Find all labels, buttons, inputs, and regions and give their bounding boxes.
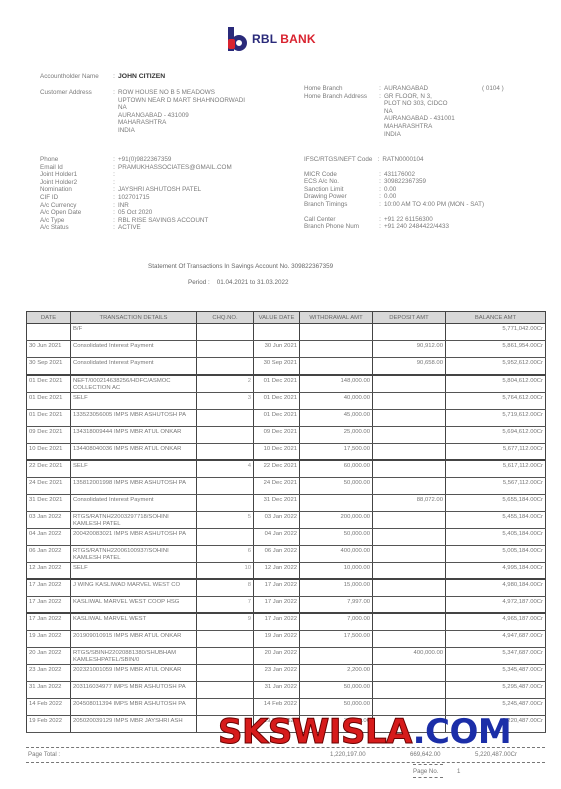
- cell-date: 30 Jun 2021: [27, 341, 71, 358]
- cell-value-date: 01 Dec 2021: [254, 392, 300, 409]
- cell-value-date: 19 Jan 2022: [254, 630, 300, 647]
- table-row: 31 Jan 2022203116034977 IMPS MBR ASHUTOS…: [27, 681, 546, 698]
- cell-deposit: [373, 562, 446, 579]
- table-row: 09 Dec 2021134318009444 IMPS MBR ATUL ON…: [27, 426, 546, 443]
- cell-chq: [197, 426, 254, 443]
- cell-date: 24 Dec 2021: [27, 477, 71, 494]
- cell-date: 09 Dec 2021: [27, 426, 71, 443]
- address-line: INDIA: [118, 127, 245, 135]
- cell-details: 202321001059 IMPS MBR ATUL ONKAR: [71, 664, 197, 681]
- table-row: 01 Dec 2021NEFT/000214638256/HDFC/ASMOC …: [27, 375, 546, 393]
- watermark: SKSWISLA.COM: [218, 712, 511, 752]
- detail-row: A/c Type:RBL RISE SAVINGS ACCOUNT: [40, 217, 232, 225]
- cell-deposit: 400,000.00: [373, 647, 446, 664]
- address-line: PLOT NO 303, CIDCO: [384, 100, 455, 108]
- detail-label: Sanction Limit: [304, 186, 376, 194]
- detail-label: CIF ID: [40, 194, 110, 202]
- cell-date: 12 Jan 2022: [27, 562, 71, 579]
- detail-value: 431176002: [384, 171, 415, 179]
- cell-details: KASLIWAL MARVEL WEST: [71, 613, 197, 630]
- cell-withdrawal: 50,000.00: [300, 681, 373, 698]
- cell-date: 22 Dec 2021: [27, 460, 71, 477]
- detail-label: Call Center: [304, 216, 376, 224]
- cell-chq: [197, 341, 254, 358]
- cell-chq: [197, 528, 254, 545]
- cell-date: 17 Jan 2022: [27, 596, 71, 613]
- detail-label: A/c Type: [40, 217, 110, 225]
- cell-withdrawal: 200,000.00: [300, 511, 373, 528]
- cell-deposit: [373, 375, 446, 393]
- cell-balance: 5,771,042.00Cr: [446, 324, 546, 341]
- detail-row: Branch Phone Num:+91 240 2484422/4433: [304, 223, 484, 231]
- cell-details: Consolidated Interest Payment: [71, 341, 197, 358]
- cell-date: 19 Jan 2022: [27, 630, 71, 647]
- cell-details: 135812001998 IMPS MBR ASHUTOSH PA: [71, 477, 197, 494]
- detail-label: ECS A/c No.: [304, 178, 376, 186]
- cell-withdrawal: 25,000.00: [300, 426, 373, 443]
- cell-details: Consolidated Interest Payment: [71, 494, 197, 511]
- cell-balance: 5,804,612.00Cr: [446, 375, 546, 393]
- cell-chq: 6: [197, 545, 254, 562]
- cell-balance: 5,617,112.00Cr: [446, 460, 546, 477]
- cell-balance: 5,567,112.00Cr: [446, 477, 546, 494]
- column-header: DEPOSIT AMT: [373, 312, 446, 324]
- cell-details: J WING KASLIWAD MARVEL WEST CO: [71, 579, 197, 596]
- cell-details: NEFT/000214638256/HDFC/ASMOC COLLECTION …: [71, 375, 197, 393]
- detail-label: Joint Holder2: [40, 179, 110, 187]
- detail-row: A/c Currency:INR: [40, 202, 232, 210]
- cell-details: 205020039129 IMPS MBR JAYSHRI ASH: [71, 715, 197, 732]
- cell-balance: 5,405,184.00Cr: [446, 528, 546, 545]
- cell-value-date: 06 Jan 2022: [254, 545, 300, 562]
- cell-chq: [197, 630, 254, 647]
- cell-withdrawal: 7,000.00: [300, 613, 373, 630]
- cell-date: 04 Jan 2022: [27, 528, 71, 545]
- table-row: 12 Jan 2022SELF1012 Jan 202210,000.004,9…: [27, 562, 546, 579]
- cell-value-date: 17 Jan 2022: [254, 596, 300, 613]
- cell-chq: 4: [197, 460, 254, 477]
- cell-chq: [197, 443, 254, 460]
- column-header: WITHDRAWAL AMT: [300, 312, 373, 324]
- cell-date: 14 Feb 2022: [27, 698, 71, 715]
- page-number: Page No. 1: [413, 768, 460, 775]
- cell-value-date: 31 Jan 2022: [254, 681, 300, 698]
- cell-withdrawal: 2,200.00: [300, 664, 373, 681]
- cell-withdrawal: [300, 324, 373, 341]
- detail-row: MICR Code:431176002: [304, 171, 484, 179]
- cell-date: 30 Sep 2021: [27, 358, 71, 375]
- table-row: 03 Jan 2022RTGS/RATNH22003297718/SOHINI …: [27, 511, 546, 528]
- cell-deposit: 90,658.00: [373, 358, 446, 375]
- rbl-logo-icon: [228, 27, 248, 51]
- detail-label: Nomination: [40, 186, 110, 194]
- cell-balance: 5,764,612.00Cr: [446, 392, 546, 409]
- cell-date: 20 Jan 2022: [27, 647, 71, 664]
- home-branch-value: AURANGABAD: [384, 85, 482, 93]
- divider: [26, 747, 545, 748]
- cell-value-date: 10 Dec 2021: [254, 443, 300, 460]
- cell-withdrawal: 17,500.00: [300, 443, 373, 460]
- cell-date: 31 Jan 2022: [27, 681, 71, 698]
- detail-label: Joint Holder1: [40, 171, 110, 179]
- column-header: VALUE DATE: [254, 312, 300, 324]
- cell-withdrawal: 40,000.00: [300, 392, 373, 409]
- cell-deposit: [373, 596, 446, 613]
- cell-balance: 4,995,184.00Cr: [446, 562, 546, 579]
- home-branch-block: Home Branch : AURANGABAD ( 0104 ) Home B…: [304, 85, 504, 138]
- cell-chq: [197, 494, 254, 511]
- address-line: MAHARASHTRA: [118, 119, 245, 127]
- page-total-label: Page Total :: [28, 751, 60, 758]
- table-row: B/F5,771,042.00Cr: [27, 324, 546, 341]
- table-row: 24 Dec 2021135812001998 IMPS MBR ASHUTOS…: [27, 477, 546, 494]
- address-line: NA: [384, 108, 455, 116]
- divider: [26, 762, 545, 763]
- detail-label: A/c Status: [40, 224, 110, 232]
- detail-row: ECS A/c No.:309822367359: [304, 178, 484, 186]
- cell-balance: 4,947,687.00Cr: [446, 630, 546, 647]
- table-header-row: DATETRANSACTION DETAILSCHQ.NO.VALUE DATE…: [27, 312, 546, 324]
- cell-deposit: [373, 443, 446, 460]
- cell-withdrawal: 10,000.00: [300, 562, 373, 579]
- cell-value-date: 30 Jun 2021: [254, 341, 300, 358]
- cell-chq: 5: [197, 511, 254, 528]
- table-row: 10 Dec 2021134408040036 IMPS MBR ATUL ON…: [27, 443, 546, 460]
- detail-row: A/c Open Date:05 Oct 2020: [40, 209, 232, 217]
- cell-balance: 4,972,187.00Cr: [446, 596, 546, 613]
- cell-balance: 5,719,612.00Cr: [446, 409, 546, 426]
- deposit-total: 669,642.00: [410, 751, 441, 758]
- statement-title: Statement Of Transactions In Savings Acc…: [148, 263, 333, 270]
- cell-date: [27, 324, 71, 341]
- cell-details: 134408040036 IMPS MBR ATUL ONKAR: [71, 443, 197, 460]
- cell-value-date: 12 Jan 2022: [254, 562, 300, 579]
- column-header: TRANSACTION DETAILS: [71, 312, 197, 324]
- detail-label: Email Id: [40, 164, 110, 172]
- detail-value: RBL RISE SAVINGS ACCOUNT: [118, 217, 208, 225]
- cell-details: 201909010915 IMPS MBR ATUL ONKAR: [71, 630, 197, 647]
- cell-deposit: 88,072.00: [373, 494, 446, 511]
- detail-row: Nomination:JAYSHRI ASHUTOSH PATEL: [40, 186, 232, 194]
- detail-value: INR: [118, 202, 129, 210]
- withdrawal-total: 1,220,197.00: [330, 751, 366, 758]
- bank-logo: RBLBANK: [228, 26, 316, 52]
- detail-value: JAYSHRI ASHUTOSH PATEL: [118, 186, 201, 194]
- detail-value: 0.00: [384, 186, 396, 194]
- detail-value: +91 240 2484422/4433: [384, 223, 449, 231]
- cell-date: 06 Jan 2022: [27, 545, 71, 562]
- cell-chq: [197, 358, 254, 375]
- cell-value-date: 09 Dec 2021: [254, 426, 300, 443]
- column-header: CHQ.NO.: [197, 312, 254, 324]
- detail-value: 102701715: [118, 194, 150, 202]
- detail-row: Branch Timings:10:00 AM TO 4:00 PM (MON …: [304, 201, 484, 209]
- cell-chq: 8: [197, 579, 254, 596]
- cell-date: 01 Dec 2021: [27, 392, 71, 409]
- cell-deposit: [373, 409, 446, 426]
- table-row: 17 Jan 2022KASLIWAL MARVEL WEST COOP HSG…: [27, 596, 546, 613]
- address-line: AURANGABAD - 431009: [118, 112, 245, 120]
- cell-details: Consolidated Interest Payment: [71, 358, 197, 375]
- table-row: 06 Jan 2022RTGS/RATNH22006100937/SOHINI …: [27, 545, 546, 562]
- cell-value-date: 24 Dec 2021: [254, 477, 300, 494]
- detail-label: Drawing Power: [304, 193, 376, 201]
- cell-balance: 5,861,954.00Cr: [446, 341, 546, 358]
- table-row: 22 Dec 2021SELF422 Dec 202160,000.005,61…: [27, 460, 546, 477]
- cell-date: 03 Jan 2022: [27, 511, 71, 528]
- cell-withdrawal: 148,000.00: [300, 375, 373, 393]
- cell-value-date: 03 Jan 2022: [254, 511, 300, 528]
- cell-chq: [197, 664, 254, 681]
- cell-chq: 9: [197, 613, 254, 630]
- cell-deposit: [373, 579, 446, 596]
- cell-date: 10 Dec 2021: [27, 443, 71, 460]
- cell-details: KASLIWAL MARVEL WEST COOP HSG: [71, 596, 197, 613]
- cell-deposit: [373, 460, 446, 477]
- cell-deposit: [373, 664, 446, 681]
- detail-value: PRAMUKHASSOCIATES@GMAIL.COM: [118, 164, 232, 172]
- ifsc-row: IFSC/RTGS/NEFT Code : RATN0000104: [304, 156, 484, 164]
- cell-withdrawal: [300, 358, 373, 375]
- cell-chq: [197, 681, 254, 698]
- cell-date: 01 Dec 2021: [27, 409, 71, 426]
- table-row: 20 Jan 2022RTGS/SBINH22020881380/SHUBHAM…: [27, 647, 546, 664]
- detail-value: 309822367359: [384, 178, 426, 186]
- cell-withdrawal: 45,000.00: [300, 409, 373, 426]
- cell-withdrawal: 15,000.00: [300, 579, 373, 596]
- cell-chq: [197, 409, 254, 426]
- cell-value-date: 20 Jan 2022: [254, 647, 300, 664]
- detail-row: Drawing Power:0.00: [304, 193, 484, 201]
- cell-balance: 5,677,112.00Cr: [446, 443, 546, 460]
- detail-row: Joint Holder2:: [40, 179, 232, 187]
- table-row: 30 Sep 2021Consolidated Interest Payment…: [27, 358, 546, 375]
- cell-details: 134318009444 IMPS MBR ATUL ONKAR: [71, 426, 197, 443]
- table-row: 31 Dec 2021Consolidated Interest Payment…: [27, 494, 546, 511]
- detail-value: 10:00 AM TO 4:00 PM (MON - SAT): [384, 201, 484, 209]
- table-row: 19 Jan 2022201909010915 IMPS MBR ATUL ON…: [27, 630, 546, 647]
- cell-details: SELF: [71, 392, 197, 409]
- cell-details: RTGS/RATNH22006100937/SOHINI KAMLESH PAT…: [71, 545, 197, 562]
- cell-chq: [197, 324, 254, 341]
- cell-deposit: [373, 545, 446, 562]
- cell-withdrawal: 60,000.00: [300, 460, 373, 477]
- table-row: 01 Dec 2021SELF301 Dec 202140,000.005,76…: [27, 392, 546, 409]
- cell-withdrawal: 7,997.00: [300, 596, 373, 613]
- detail-row: Call Center:+91 22 61156300: [304, 216, 484, 224]
- detail-value: ACTIVE: [118, 224, 141, 232]
- cell-deposit: [373, 681, 446, 698]
- table-row: 30 Jun 2021Consolidated Interest Payment…: [27, 341, 546, 358]
- home-branch-label: Home Branch: [304, 85, 376, 93]
- cell-withdrawal: 400,000.00: [300, 545, 373, 562]
- cell-withdrawal: [300, 341, 373, 358]
- cell-deposit: [373, 426, 446, 443]
- home-branch-code: ( 0104 ): [482, 85, 504, 93]
- cell-value-date: 23 Jan 2022: [254, 664, 300, 681]
- cell-balance: 5,345,487.00Cr: [446, 664, 546, 681]
- cell-balance: 5,005,184.00Cr: [446, 545, 546, 562]
- detail-row: Joint Holder1:: [40, 171, 232, 179]
- accountholder-name-label: Accountholder Name: [40, 73, 110, 80]
- period-value: 01.04.2021 to 31.03.2022: [217, 279, 289, 286]
- cell-balance: 5,347,687.00Cr: [446, 647, 546, 664]
- address-line: MAHARASHTRA: [384, 123, 455, 131]
- cell-balance: 5,952,612.00Cr: [446, 358, 546, 375]
- detail-label: A/c Open Date: [40, 209, 110, 217]
- detail-row: A/c Status:ACTIVE: [40, 224, 232, 232]
- cell-balance: 4,965,187.00Cr: [446, 613, 546, 630]
- cell-date: 01 Dec 2021: [27, 375, 71, 393]
- account-details-right: IFSC/RTGS/NEFT Code : RATN0000104 MICR C…: [304, 156, 484, 231]
- ifsc-label: IFSC/RTGS/NEFT Code: [304, 156, 372, 164]
- detail-value: 0.00: [384, 193, 396, 201]
- address-line: NA: [118, 104, 245, 112]
- customer-address-label: Customer Address: [40, 89, 110, 135]
- address-line: ROW HOUSE NO B 5 MEADOWS: [118, 89, 245, 97]
- table-row: 17 Jan 2022J WING KASLIWAD MARVEL WEST C…: [27, 579, 546, 596]
- cell-chq: 7: [197, 596, 254, 613]
- detail-row: Email Id:PRAMUKHASSOCIATES@GMAIL.COM: [40, 164, 232, 172]
- cell-details: 200420083021 IMPS MBR ASHUTOSH PA: [71, 528, 197, 545]
- cell-deposit: 90,912.00: [373, 341, 446, 358]
- cell-details: B/F: [71, 324, 197, 341]
- detail-value: +91 22 61156300: [384, 216, 433, 224]
- cell-deposit: [373, 613, 446, 630]
- cell-deposit: [373, 630, 446, 647]
- cell-value-date: 17 Jan 2022: [254, 613, 300, 630]
- detail-label: Branch Phone Num: [304, 223, 376, 231]
- cell-value-date: [254, 324, 300, 341]
- cell-details: SELF: [71, 562, 197, 579]
- cell-withdrawal: [300, 494, 373, 511]
- cell-deposit: [373, 324, 446, 341]
- address-line: UPTOWN NEAR D MART SHAHNOORWADI: [118, 97, 245, 105]
- table-row: 17 Jan 2022KASLIWAL MARVEL WEST917 Jan 2…: [27, 613, 546, 630]
- cell-value-date: 17 Jan 2022: [254, 579, 300, 596]
- cell-date: 17 Jan 2022: [27, 613, 71, 630]
- cell-balance: 4,980,184.00Cr: [446, 579, 546, 596]
- cell-details: RTGS/RATNH22003297718/SOHINI KAMLESH PAT…: [71, 511, 197, 528]
- cell-value-date: 01 Dec 2021: [254, 409, 300, 426]
- cell-date: 17 Jan 2022: [27, 579, 71, 596]
- cell-details: 203116034977 IMPS MBR ASHUTOSH PA: [71, 681, 197, 698]
- cell-value-date: 22 Dec 2021: [254, 460, 300, 477]
- cell-balance: 5,295,487.00Cr: [446, 681, 546, 698]
- cell-withdrawal: [300, 647, 373, 664]
- cell-chq: 2: [197, 375, 254, 393]
- cell-details: 133523056005 IMPS MBR ASHUTOSH PA: [71, 409, 197, 426]
- cell-details: RTGS/SBINH22020881380/SHUBHAM KAMLESHPAT…: [71, 647, 197, 664]
- detail-row: CIF ID:102701715: [40, 194, 232, 202]
- cell-balance: 5,455,184.00Cr: [446, 511, 546, 528]
- accountholder-name: JOHN CITIZEN: [118, 73, 165, 80]
- cell-date: 23 Jan 2022: [27, 664, 71, 681]
- balance-total: 5,220,487.00Cr: [475, 751, 517, 758]
- cell-deposit: [373, 477, 446, 494]
- column-header: DATE: [27, 312, 71, 324]
- statement-period: Period : 01.04.2021 to 31.03.2022: [188, 279, 288, 286]
- cell-date: 31 Dec 2021: [27, 494, 71, 511]
- customer-address-block: Customer Address : ROW HOUSE NO B 5 MEAD…: [40, 89, 245, 135]
- cell-value-date: 30 Sep 2021: [254, 358, 300, 375]
- cell-balance: 5,694,612.00Cr: [446, 426, 546, 443]
- cell-deposit: [373, 528, 446, 545]
- cell-chq: [197, 477, 254, 494]
- detail-label: MICR Code: [304, 171, 376, 179]
- accountholder-name-row: Accountholder Name : JOHN CITIZEN: [40, 73, 165, 80]
- cell-deposit: [373, 511, 446, 528]
- detail-row: Sanction Limit:0.00: [304, 186, 484, 194]
- transactions-table: DATETRANSACTION DETAILSCHQ.NO.VALUE DATE…: [26, 311, 546, 733]
- bank-name: RBLBANK: [252, 32, 316, 46]
- detail-value: 05 Oct 2020: [118, 209, 152, 217]
- cell-withdrawal: 50,000.00: [300, 528, 373, 545]
- cell-value-date: 04 Jan 2022: [254, 528, 300, 545]
- cell-chq: [197, 647, 254, 664]
- cell-balance: 5,655,184.00Cr: [446, 494, 546, 511]
- cell-details: 204508011394 IMPS MBR ASHUTOSH PA: [71, 698, 197, 715]
- cell-date: 19 Feb 2022: [27, 715, 71, 732]
- home-branch-address-label: Home Branch Address: [304, 93, 376, 139]
- cell-details: SELF: [71, 460, 197, 477]
- cell-chq: 10: [197, 562, 254, 579]
- address-line: INDIA: [384, 131, 455, 139]
- detail-label: Phone: [40, 156, 110, 164]
- address-line: GR FLOOR, N 3,: [384, 93, 455, 101]
- cell-withdrawal: 17,500.00: [300, 630, 373, 647]
- detail-value: +91(0)9822367359: [118, 156, 171, 164]
- home-branch-address: GR FLOOR, N 3,PLOT NO 303, CIDCONAAURANG…: [384, 93, 455, 139]
- detail-label: Branch Timings: [304, 201, 376, 209]
- cell-value-date: 01 Dec 2021: [254, 375, 300, 393]
- address-line: AURANGABAD - 431001: [384, 115, 455, 123]
- account-details-left: Phone:+91(0)9822367359Email Id:PRAMUKHAS…: [40, 156, 232, 232]
- cell-withdrawal: 50,000.00: [300, 477, 373, 494]
- table-row: 23 Jan 2022202321001059 IMPS MBR ATUL ON…: [27, 664, 546, 681]
- cell-chq: 3: [197, 392, 254, 409]
- detail-row: Phone:+91(0)9822367359: [40, 156, 232, 164]
- table-body: B/F5,771,042.00Cr30 Jun 2021Consolidated…: [27, 324, 546, 733]
- cell-value-date: 31 Dec 2021: [254, 494, 300, 511]
- table-row: 01 Dec 2021133523056005 IMPS MBR ASHUTOS…: [27, 409, 546, 426]
- detail-label: A/c Currency: [40, 202, 110, 210]
- customer-address: ROW HOUSE NO B 5 MEADOWSUPTOWN NEAR D MA…: [118, 89, 245, 135]
- ifsc-value: RATN0000104: [382, 156, 423, 164]
- cell-deposit: [373, 392, 446, 409]
- column-header: BALANCE AMT: [446, 312, 546, 324]
- table-row: 04 Jan 2022200420083021 IMPS MBR ASHUTOS…: [27, 528, 546, 545]
